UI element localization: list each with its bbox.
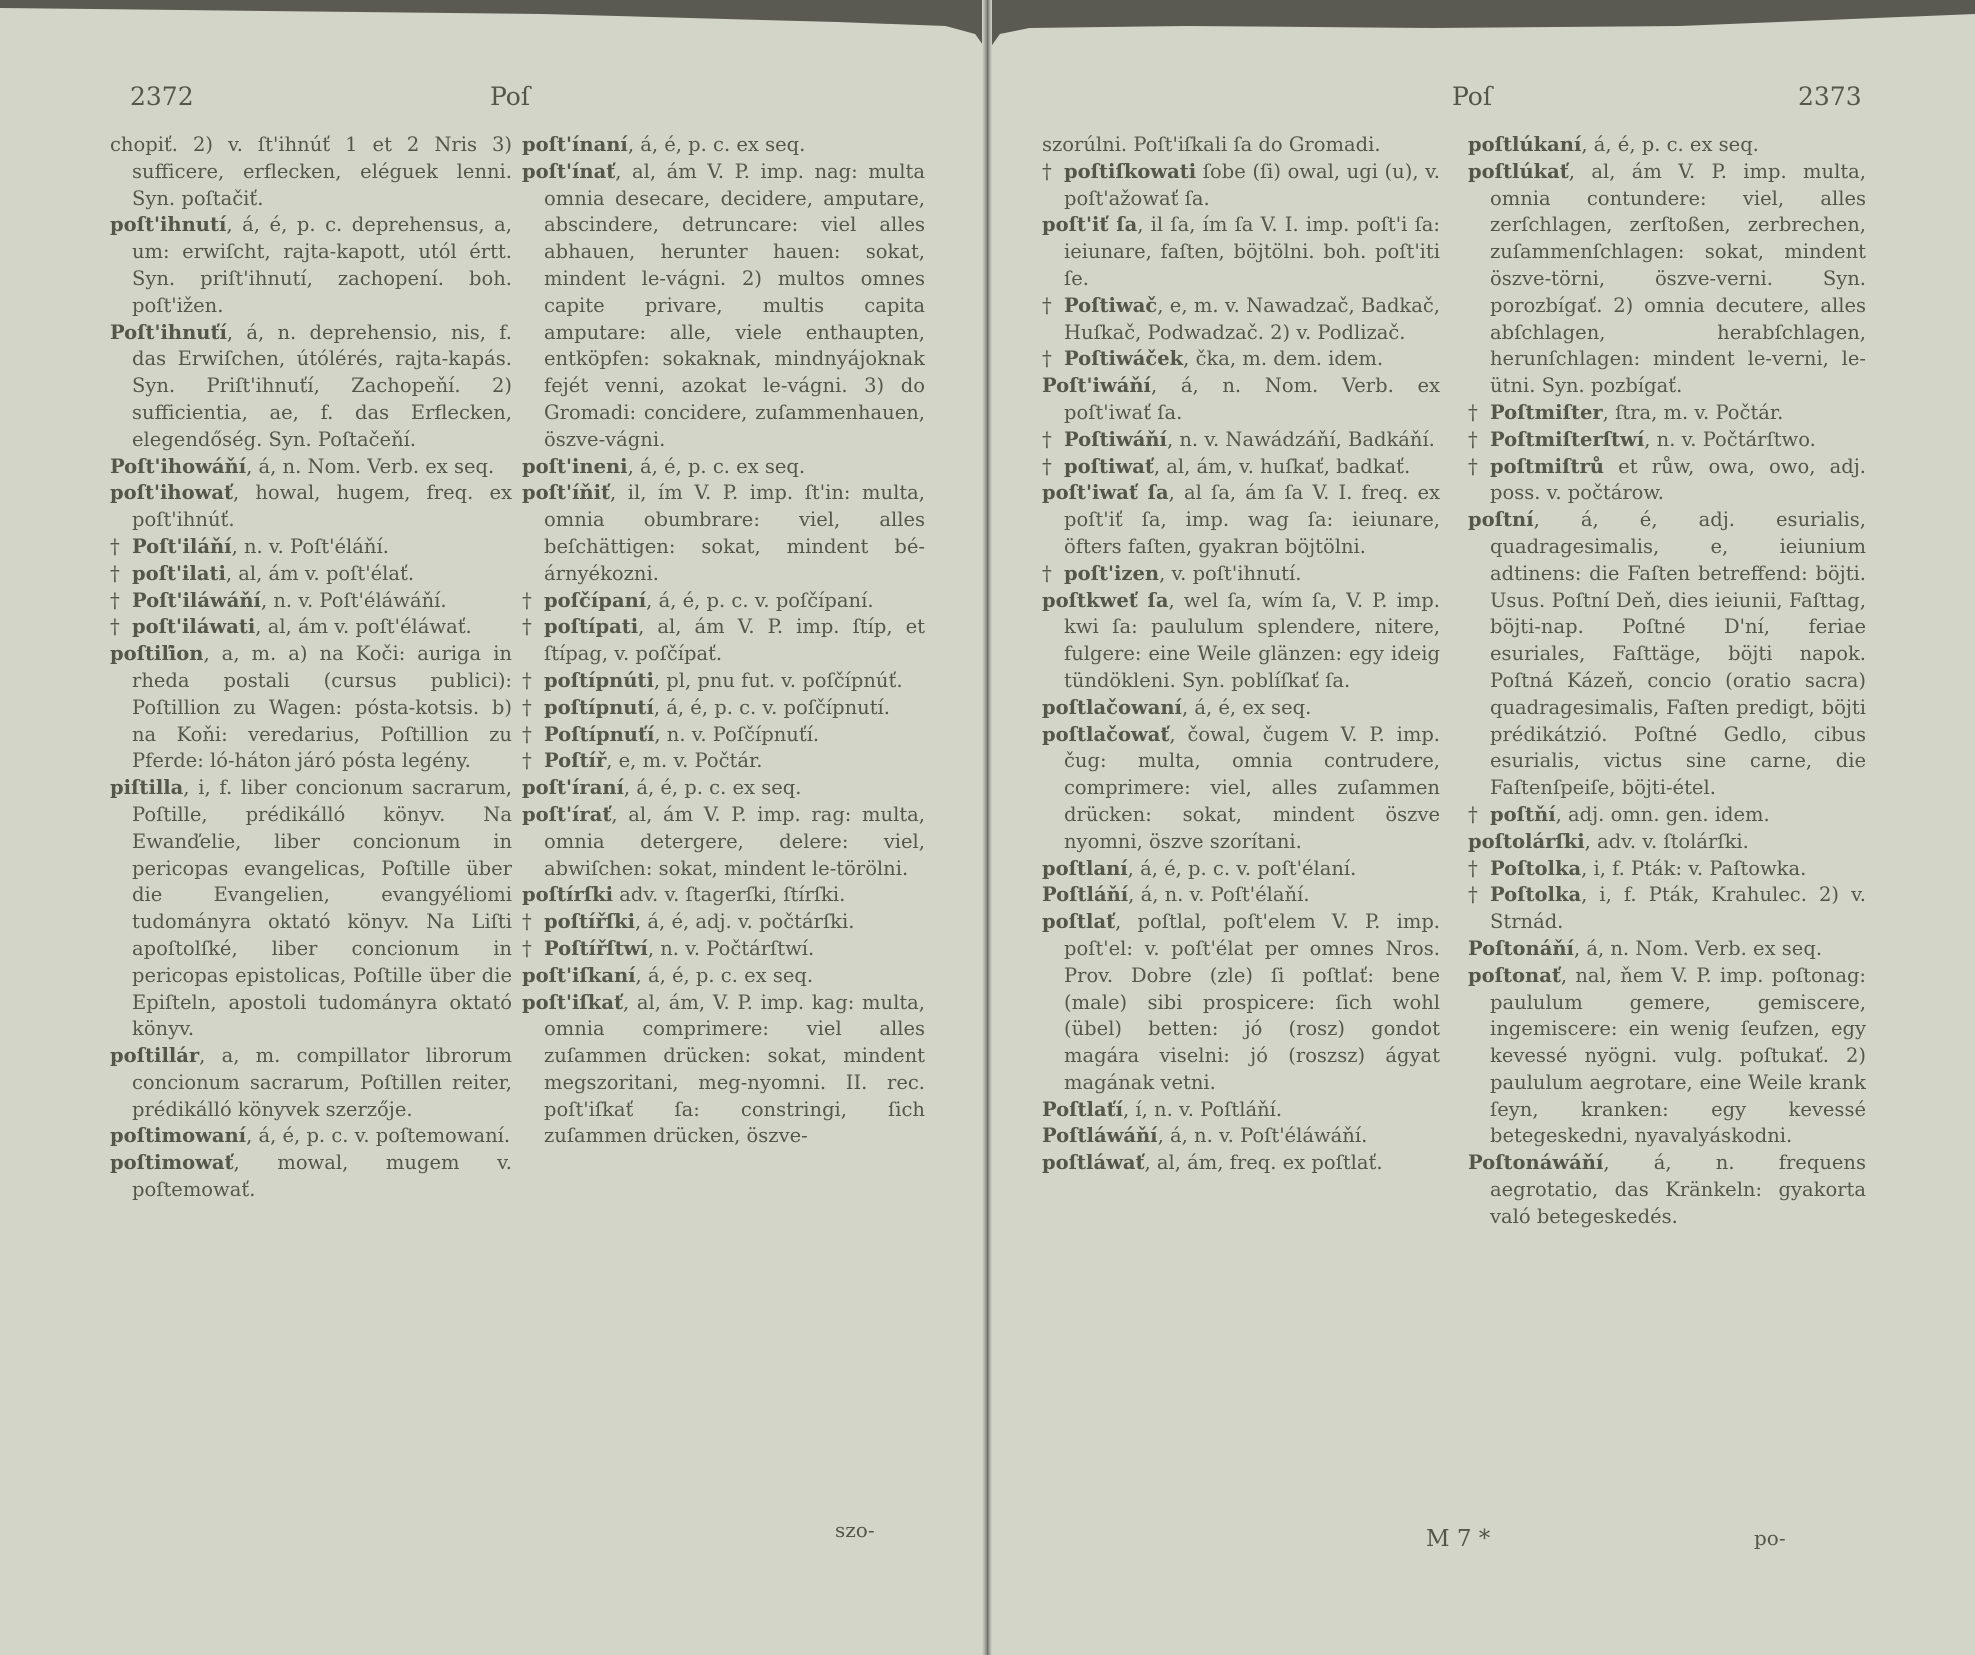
entry-headword: Poſt'iláňí: [132, 535, 232, 558]
dictionary-entry: †poſčípaní, á, é, p. c. v. poſčípaní.: [522, 588, 925, 615]
entry-definition: , n. v. Poſčípnuťí.: [654, 723, 819, 746]
obsolete-dagger-icon: †: [522, 668, 544, 695]
dictionary-entry: †Poſtípnuťí, n. v. Poſčípnuťí.: [522, 722, 925, 749]
entry-definition: , e, m. v. Počtár.: [606, 749, 762, 772]
dictionary-entry: poſtlať, poſtlal, poſt'elem V. P. imp. p…: [1042, 909, 1440, 1097]
entry-headword: Poſtiwáček: [1064, 347, 1183, 370]
right-page-column-1: szorúlni. Poſt'iſkali ſa do Gromadi.†poſ…: [1042, 132, 1440, 1177]
entry-headword: poſtlať: [1042, 910, 1115, 933]
running-head-left: Poſ: [490, 82, 530, 111]
entry-headword: poſt'ilati: [132, 562, 226, 585]
obsolete-dagger-icon: †: [522, 614, 544, 641]
entry-definition: , al, ám, V. P. imp. kag: multa, omnia c…: [544, 991, 925, 1148]
obsolete-dagger-icon: †: [1468, 400, 1490, 427]
entry-headword: poſtiſkowati: [1064, 160, 1196, 183]
entry-headword: Poſtíř: [544, 749, 606, 772]
entry-headword: poſtimowať: [110, 1151, 234, 1174]
dictionary-entry: †Poſt'iláwáňí, n. v. Poſt'éláwáňí.: [110, 588, 512, 615]
entry-headword: poſtlačowaní: [1042, 696, 1182, 719]
entry-headword: poſt'ihnutí: [110, 213, 226, 236]
entry-headword: poſčípaní: [544, 589, 646, 612]
entry-definition: , v. poſt'ihnutí.: [1159, 562, 1301, 585]
entry-headword: poſtlaní: [1042, 857, 1128, 880]
entry-headword: poſtlúkať: [1468, 160, 1569, 183]
dictionary-entry: Poſt'ihnuťí, á, n. deprehensio, nis, f. …: [110, 320, 512, 454]
entry-definition: adv. v. ſtagerſki, ſtírſki.: [613, 883, 845, 906]
entry-headword: poſtípnutí: [544, 696, 654, 719]
entry-definition: , al, ám, v. huſkať, badkať.: [1154, 455, 1410, 478]
dictionary-entry: poſt'iť ſa, il ſa, ím ſa V. I. imp. poſt…: [1042, 212, 1440, 292]
dictionary-entry: poſtlaní, á, é, p. c. v. poſt'élaní.: [1042, 856, 1440, 883]
dictionary-entry: poſtlúkať, al, ám V. P. imp. multa, omni…: [1468, 159, 1866, 400]
entry-definition: , n. v. Počtárſtwí.: [648, 937, 814, 960]
entry-headword: poſtimowaní: [110, 1124, 246, 1147]
dictionary-entry: Poſtonáňí, á, n. Nom. Verb. ex seq.: [1468, 936, 1866, 963]
entry-definition: , n. v. Počtárſtwo.: [1644, 428, 1816, 451]
obsolete-dagger-icon: †: [522, 936, 544, 963]
dictionary-entry: Poſtlaťí, í, n. v. Poſtláňí.: [1042, 1097, 1440, 1124]
dictionary-entry: poſtimowať, mowal, mugem v. poſtemowať.: [110, 1150, 512, 1204]
entry-definition: , á, é, p. c. ex seq.: [624, 776, 802, 799]
entry-headword: poſt'iť ſa: [1042, 213, 1137, 236]
right-page: Poſ 2373 szorúlni. Poſt'iſkali ſa do Gro…: [990, 8, 1975, 1655]
entry-definition: , á, n. v. Poſt'élaňí.: [1128, 883, 1309, 906]
obsolete-dagger-icon: †: [522, 588, 544, 615]
entry-definition: , á, n. v. Poſt'éláwáňí.: [1158, 1124, 1368, 1147]
entry-headword: poſtkweť ſa: [1042, 589, 1168, 612]
entry-definition: , á, é, p. c. ex seq.: [628, 133, 806, 156]
entry-headword: poſt'iwať ſa: [1042, 481, 1169, 504]
right-page-column-2: poſtlúkaní, á, é, p. c. ex seq.poſtlúkať…: [1468, 132, 1866, 1231]
entry-definition: , á, é, p. c. v. poſčípaní.: [646, 589, 873, 612]
dictionary-entry: poſtní, á, é, adj. esurialis, quadragesi…: [1468, 507, 1866, 802]
entry-headword: Poſtlaťí: [1042, 1098, 1123, 1121]
entry-headword: poſtmiſtrů: [1490, 455, 1604, 478]
entry-headword: Poſtmiſter: [1490, 401, 1603, 424]
entry-definition: , á, n. Nom. Verb. ex seq.: [246, 455, 494, 478]
obsolete-dagger-icon: †: [1468, 856, 1490, 883]
dictionary-entry: poſt'ineni, á, é, p. c. ex seq.: [522, 454, 925, 481]
entry-definition: , adv. v. ſtolárſki.: [1585, 830, 1749, 853]
entry-headword: Poſtonáňí: [1468, 937, 1574, 960]
entry-definition: , al, ám v. poſt'éláwať.: [255, 615, 471, 638]
dictionary-entry: †poſt'izen, v. poſt'ihnutí.: [1042, 561, 1440, 588]
entry-headword: poſt'ihowať: [110, 481, 233, 504]
entry-definition: , í, n. v. Poſtláňí.: [1123, 1098, 1282, 1121]
dictionary-entry: Poſtláňí, á, n. v. Poſt'élaňí.: [1042, 882, 1440, 909]
dictionary-entry: †poſt'ilati, al, ám v. poſt'élať.: [110, 561, 512, 588]
dictionary-entry: poſtlačowať, čowal, čugem V. P. imp. čug…: [1042, 722, 1440, 856]
entry-headword: poſt'ínať: [522, 160, 615, 183]
entry-headword: Poſtláwáňí: [1042, 1124, 1158, 1147]
entry-headword: Poſtláňí: [1042, 883, 1128, 906]
dictionary-entry: †poſtmiſtrů et růw, owa, owo, adj. poss.…: [1468, 454, 1866, 508]
entry-headword: poſtonať: [1468, 964, 1561, 987]
dictionary-entry: Poſt'ihowáňí, á, n. Nom. Verb. ex seq.: [110, 454, 512, 481]
entry-definition: , al, ám V. P. imp. multa, omnia contund…: [1490, 160, 1866, 397]
catchword-right: po-: [1754, 1526, 1786, 1550]
obsolete-dagger-icon: †: [1468, 427, 1490, 454]
dictionary-entry: †Poſtiwač, e, m. v. Nawadzač, Badkač, Hu…: [1042, 293, 1440, 347]
entry-headword: poſt'izen: [1064, 562, 1159, 585]
dictionary-entry: †Poſtíř, e, m. v. Počtár.: [522, 748, 925, 775]
dictionary-entry: poſtolárſki, adv. v. ſtolárſki.: [1468, 829, 1866, 856]
entry-headword: Poſt'ihowáňí: [110, 455, 246, 478]
obsolete-dagger-icon: †: [1042, 159, 1064, 186]
entry-definition: , n. v. Nawádzáňí, Badkáňí.: [1167, 428, 1435, 451]
dictionary-entry: poſtimowaní, á, é, p. c. v. poſtemowaní.: [110, 1123, 512, 1150]
entry-headword: Poſtiwáňí: [1064, 428, 1167, 451]
dictionary-entry: †poſtiſkowati ſobe (ſi) owal, ugi (u), v…: [1042, 159, 1440, 213]
entry-definition: , á, é, adj. v. počtárſki.: [635, 910, 854, 933]
entry-definition: , á, é, p. c. v. poſt'élaní.: [1128, 857, 1357, 880]
obsolete-dagger-icon: †: [522, 748, 544, 775]
entry-definition: , al, ám V. P. imp. nag: multa omnia des…: [544, 160, 925, 451]
entry-headword: poſtířſki: [544, 910, 635, 933]
dictionary-entry: Poſtonáwáňí, á, n. frequens aegrotatio, …: [1468, 1150, 1866, 1230]
book-gutter: [982, 0, 992, 1655]
dictionary-entry: poſtlúkaní, á, é, p. c. ex seq.: [1468, 132, 1866, 159]
obsolete-dagger-icon: †: [1042, 561, 1064, 588]
dictionary-entry: †poſt'iláwati, al, ám v. poſt'éláwať.: [110, 614, 512, 641]
entry-definition: , nal, ňem V. P. imp. poſtonag: paululum…: [1490, 964, 1866, 1148]
dictionary-entry: poſtírſki adv. v. ſtagerſki, ſtírſki.: [522, 882, 925, 909]
dictionary-entry: †poſtípati, al, ám V. P. imp. ſtíp, et ſ…: [522, 614, 925, 668]
obsolete-dagger-icon: †: [110, 561, 132, 588]
dictionary-entry: poſtkweť ſa, wel ſa, wím ſa, V. P. imp. …: [1042, 588, 1440, 695]
dictionary-entry: poſt'iſkať, al, ám, V. P. imp. kag: mult…: [522, 990, 925, 1151]
dictionary-entry: Poſt'iwáňí, á, n. Nom. Verb. ex poſt'iwa…: [1042, 373, 1440, 427]
obsolete-dagger-icon: †: [522, 722, 544, 749]
dictionary-entry: †Poſtmiſterſtwí, n. v. Počtárſtwo.: [1468, 427, 1866, 454]
entry-headword: Poſt'iwáňí: [1042, 374, 1151, 397]
entry-definition: , á, é, p. c. v. poſtemowaní.: [246, 1124, 510, 1147]
entry-definition: chopiť. 2) v. ſt'ihnúť 1 et 2 Nris 3) su…: [110, 133, 512, 210]
entry-headword: Poſtonáwáňí: [1468, 1151, 1603, 1174]
obsolete-dagger-icon: †: [522, 909, 544, 936]
entry-headword: Poſtolka: [1490, 857, 1581, 880]
obsolete-dagger-icon: †: [1042, 454, 1064, 481]
entry-definition: , á, é, ex seq.: [1182, 696, 1311, 719]
entry-headword: Poſt'iláwáňí: [132, 589, 261, 612]
dictionary-entry: poſtillár, a, m. compillator librorum co…: [110, 1043, 512, 1123]
obsolete-dagger-icon: †: [1042, 293, 1064, 320]
dictionary-entry: poſt'írať, al, ám V. P. imp. rag: multa,…: [522, 802, 925, 882]
obsolete-dagger-icon: †: [1468, 802, 1490, 829]
entry-definition: , á, n. Nom. Verb. ex seq.: [1574, 937, 1822, 960]
dictionary-entry: piſtilla, i, f. liber concionum sacrarum…: [110, 775, 512, 1043]
entry-headword: Poſtiwač: [1064, 294, 1157, 317]
entry-definition: , á, é, adj. esurialis, quadragesimalis,…: [1490, 508, 1866, 799]
entry-headword: Poſtířſtwí: [544, 937, 648, 960]
entry-definition: , al, ám, freq. ex poſtlať.: [1145, 1151, 1383, 1174]
entry-definition: szorúlni. Poſt'iſkali ſa do Gromadi.: [1042, 133, 1381, 156]
dictionary-entry: poſtláwať, al, ám, freq. ex poſtlať.: [1042, 1150, 1440, 1177]
obsolete-dagger-icon: †: [110, 614, 132, 641]
entry-headword: Poſtmiſterſtwí: [1490, 428, 1644, 451]
entry-headword: poſtírſki: [522, 883, 613, 906]
entry-headword: poſtní: [1468, 508, 1534, 531]
entry-definition: , poſtlal, poſt'elem V. P. imp. poſt'el:…: [1064, 910, 1440, 1094]
entry-headword: Poſtípnuťí: [544, 723, 654, 746]
dictionary-entry: poſt'ihowať, howal, hugem, freq. ex poſt…: [110, 480, 512, 534]
entry-headword: poſtiľion: [110, 642, 203, 665]
entry-definition: , pl, pnu fut. v. poſčípnúť.: [654, 669, 903, 692]
entry-headword: poſtlačowať: [1042, 723, 1169, 746]
obsolete-dagger-icon: †: [1042, 346, 1064, 373]
entry-definition: , i, f. Pták: v. Paſtowka.: [1581, 857, 1806, 880]
entry-headword: poſt'iláwati: [132, 615, 255, 638]
dictionary-entry: Poſtláwáňí, á, n. v. Poſt'éláwáňí.: [1042, 1123, 1440, 1150]
entry-headword: poſtípati: [544, 615, 638, 638]
entry-headword: poſtolárſki: [1468, 830, 1585, 853]
obsolete-dagger-icon: †: [110, 588, 132, 615]
entry-definition: , ſtra, m. v. Počtár.: [1603, 401, 1784, 424]
left-page-column-2: poſt'ínaní, á, é, p. c. ex seq.poſt'ínať…: [522, 132, 925, 1150]
entry-definition: , á, é, p. c. ex seq.: [636, 964, 814, 987]
dictionary-entry: poſt'íraní, á, é, p. c. ex seq.: [522, 775, 925, 802]
dictionary-entry: poſtonať, nal, ňem V. P. imp. poſtonag: …: [1468, 963, 1866, 1151]
entry-headword: poſtiwať: [1064, 455, 1154, 478]
left-page: 2372 Poſ chopiť. 2) v. ſt'ihnúť 1 et 2 N…: [0, 8, 985, 1655]
entry-definition: , á, é, p. c. ex seq.: [628, 455, 806, 478]
entry-headword: poſt'iſkaní: [522, 964, 636, 987]
dictionary-entry: poſt'iſkaní, á, é, p. c. ex seq.: [522, 963, 925, 990]
dictionary-entry: poſt'ihnutí, á, é, p. c. deprehensus, a,…: [110, 212, 512, 319]
obsolete-dagger-icon: †: [1468, 882, 1490, 909]
entry-definition: , n. v. Poſt'éláwáňí.: [261, 589, 447, 612]
entry-headword: Poſt'ihnuťí: [110, 321, 227, 344]
entry-headword: poſtípnúti: [544, 669, 654, 692]
entry-headword: poſtňí: [1490, 803, 1556, 826]
dictionary-entry: †Poſtířſtwí, n. v. Počtárſtwí.: [522, 936, 925, 963]
dictionary-entry: †Poſtiwáňí, n. v. Nawádzáňí, Badkáňí.: [1042, 427, 1440, 454]
page-number-left: 2372: [130, 82, 194, 111]
obsolete-dagger-icon: †: [522, 695, 544, 722]
dictionary-entry: poſtlačowaní, á, é, ex seq.: [1042, 695, 1440, 722]
dictionary-entry: †poſtípnúti, pl, pnu fut. v. poſčípnúť.: [522, 668, 925, 695]
left-page-column-1: chopiť. 2) v. ſt'ihnúť 1 et 2 Nris 3) su…: [110, 132, 512, 1204]
dictionary-entry: poſt'íňiť, il, ím V. P. imp. ſt'in: mult…: [522, 480, 925, 587]
running-head-right: Poſ: [1452, 82, 1492, 111]
dictionary-entry: †Poſtolka, i, f. Pták, Krahulec. 2) v. S…: [1468, 882, 1866, 936]
dictionary-entry: †poſtňí, adj. omn. gen. idem.: [1468, 802, 1866, 829]
dictionary-entry: szorúlni. Poſt'iſkali ſa do Gromadi.: [1042, 132, 1440, 159]
dictionary-entry: †Poſtmiſter, ſtra, m. v. Počtár.: [1468, 400, 1866, 427]
entry-headword: poſtlúkaní: [1468, 133, 1581, 156]
entry-definition: , á, é, p. c. v. poſčípnutí.: [654, 696, 890, 719]
entry-definition: , á, é, p. c. ex seq.: [1581, 133, 1759, 156]
entry-headword: poſt'íraní: [522, 776, 624, 799]
obsolete-dagger-icon: †: [110, 534, 132, 561]
entry-headword: poſt'ínaní: [522, 133, 628, 156]
dictionary-entry: poſt'ínať, al, ám V. P. imp. nag: multa …: [522, 159, 925, 454]
entry-headword: piſtilla: [110, 776, 183, 799]
entry-headword: poſtláwať: [1042, 1151, 1145, 1174]
dictionary-entry: †Poſt'iláňí, n. v. Poſt'éláňí.: [110, 534, 512, 561]
entry-headword: Poſtolka: [1490, 883, 1581, 906]
dictionary-entry: †Poſtiwáček, čka, m. dem. idem.: [1042, 346, 1440, 373]
entry-headword: poſt'iſkať: [522, 991, 623, 1014]
entry-definition: , i, f. liber concionum sacrarum, Poſtil…: [132, 776, 512, 1040]
dictionary-entry: †poſtípnutí, á, é, p. c. v. poſčípnutí.: [522, 695, 925, 722]
entry-headword: poſt'íňiť: [522, 481, 610, 504]
dictionary-entry: †Poſtolka, i, f. Pták: v. Paſtowka.: [1468, 856, 1866, 883]
dictionary-entry: †poſtiwať, al, ám, v. huſkať, badkať.: [1042, 454, 1440, 481]
entry-headword: poſtillár: [110, 1044, 199, 1067]
dictionary-entry: †poſtířſki, á, é, adj. v. počtárſki.: [522, 909, 925, 936]
obsolete-dagger-icon: †: [1042, 427, 1064, 454]
entry-definition: , adj. omn. gen. idem.: [1556, 803, 1770, 826]
dictionary-entry: poſt'ínaní, á, é, p. c. ex seq.: [522, 132, 925, 159]
signature-mark: M 7 *: [1426, 1526, 1490, 1552]
entry-definition: , al, ám v. poſt'élať.: [226, 562, 414, 585]
dictionary-entry: poſtiľion, a, m. a) na Koči: auriga in r…: [110, 641, 512, 775]
entry-definition: , n. v. Poſt'éláňí.: [232, 535, 389, 558]
dictionary-entry: chopiť. 2) v. ſt'ihnúť 1 et 2 Nris 3) su…: [110, 132, 512, 212]
dictionary-entry: poſt'iwať ſa, al ſa, ám ſa V. I. freq. e…: [1042, 480, 1440, 560]
catchword-left: szo-: [835, 1518, 875, 1542]
obsolete-dagger-icon: †: [1468, 454, 1490, 481]
entry-headword: poſt'írať: [522, 803, 611, 826]
entry-definition: , čka, m. dem. idem.: [1183, 347, 1383, 370]
entry-headword: poſt'ineni: [522, 455, 628, 478]
page-number-right: 2373: [1798, 82, 1862, 111]
